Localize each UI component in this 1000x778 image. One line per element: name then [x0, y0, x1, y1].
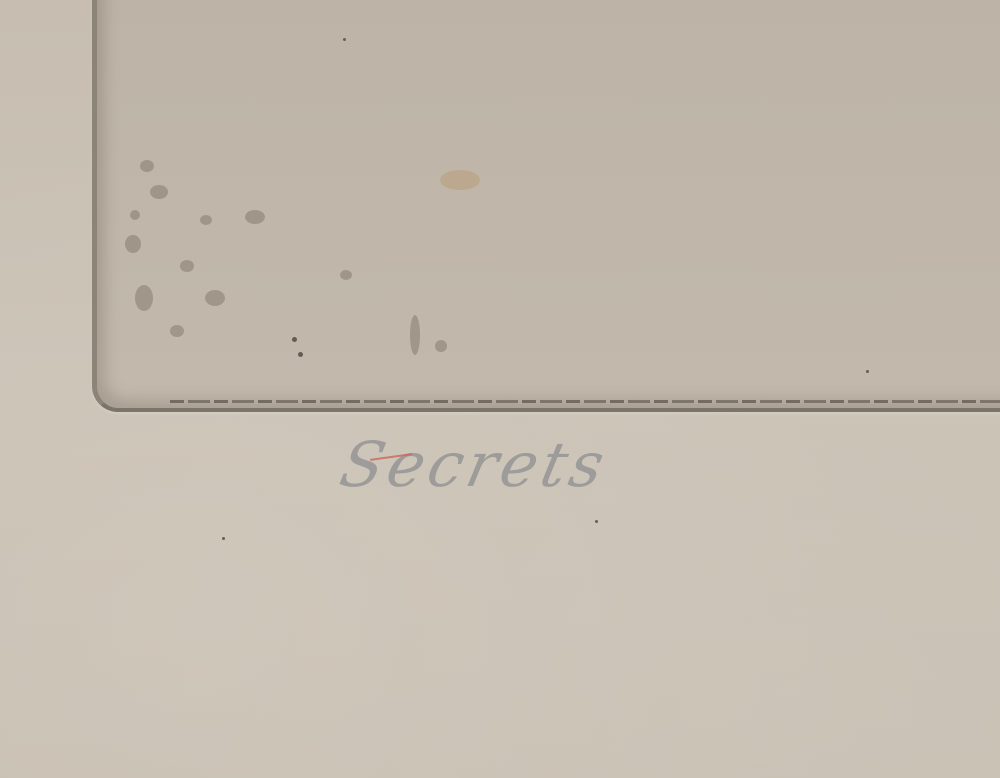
speck — [595, 520, 598, 523]
speck — [343, 38, 346, 41]
etching-plate-area — [92, 0, 1000, 412]
plate-mark-line — [170, 400, 1000, 403]
foxing-stain — [440, 170, 480, 190]
speck — [866, 370, 869, 373]
pencil-inscription: Secrets — [330, 428, 779, 518]
speck — [222, 537, 225, 540]
